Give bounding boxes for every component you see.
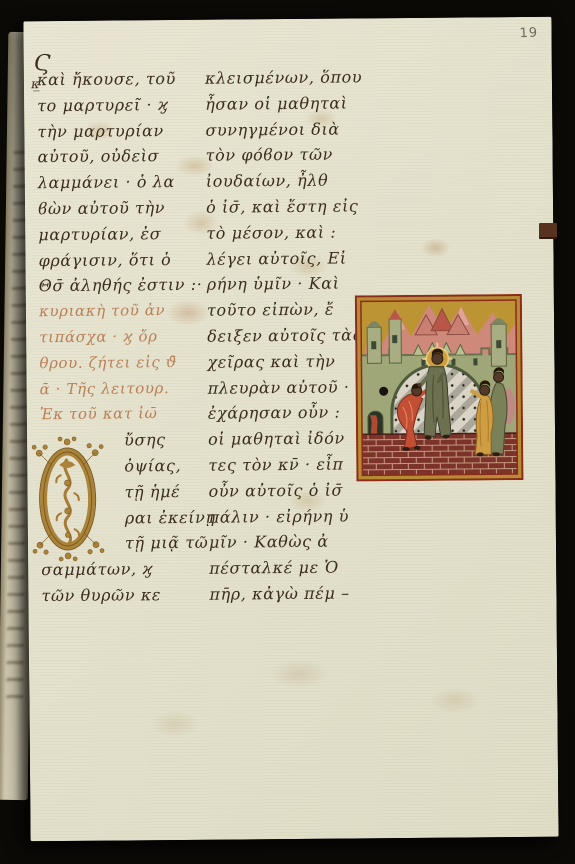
- text-line: τες τὸν κν̄ · εἶπ: [208, 451, 356, 478]
- rubric-line: θρου. ζήτει εἰς ϑ̄: [39, 349, 207, 376]
- illuminated-initial-omicron: [29, 435, 108, 564]
- text-line: πη̄ρ, κἀγὼ πέμ –: [209, 580, 357, 607]
- rubric-line: τιπάσχα · ϗ ὄρ: [39, 324, 207, 351]
- folio-number: 19: [519, 26, 538, 42]
- text-line: οἱ μαθηταὶ ἰδόν: [208, 426, 356, 453]
- miniature-christ-appearing-to-disciples: [355, 294, 524, 481]
- text-line: ρήνη ὑμῖν · Καὶ: [207, 271, 355, 298]
- text-line: συνηγμένοι διὰ: [205, 116, 353, 143]
- text-line: ὀψίας,: [124, 453, 208, 480]
- text-line: ἐχάρησαν οὖν :: [208, 400, 356, 427]
- text-line: λαμμάνει · ὁ λα: [38, 169, 206, 196]
- text-line: ραι ἐκείνῃ: [125, 504, 209, 531]
- stain: [149, 710, 199, 738]
- text-line: τῇ ἡμέ: [124, 478, 208, 505]
- text-line: καὶ ἤκουσε, τοῦ: [37, 66, 205, 93]
- text-line: ϐὼν αὐτοῦ τὴν: [38, 195, 206, 222]
- text-line: πάλιν · εἰρήνη ὑ: [209, 503, 357, 530]
- stain: [269, 659, 329, 690]
- text-line: τοῦτο εἰπὼν, ἔ: [207, 297, 355, 324]
- text-line: τὴν μαρτυρίαν: [37, 117, 205, 144]
- text-column-right: κλεισμένων, ὅπου ἦσαν οἱ μαθηταὶ συνηγμέ…: [205, 64, 358, 607]
- text-line: Θσ̄ ἀληθής ἐστιν :·: [39, 272, 207, 299]
- text-line: δειξεν αὐτοῖς τὰς: [207, 322, 355, 349]
- rubric-line: Ἐκ τοῦ κατ ἰω̄: [40, 401, 208, 428]
- rubric-line: ᾱ · Τῆς λειτουρ.: [40, 375, 208, 402]
- text-line: ἦσαν οἱ μαθηταὶ: [205, 90, 353, 117]
- text-line: αὐτοῦ, οὐδεὶσ: [38, 143, 206, 170]
- text-line: φράγισιν, ὅτι ὁ: [38, 246, 206, 273]
- stain: [420, 238, 450, 258]
- text-line: το μαρτυρεῖ · ϗ: [37, 92, 205, 119]
- rubric-line: κυριακὴ τοῦ ἀν: [39, 298, 207, 325]
- manuscript-page: 19 Ϛ κ̲ καὶ ἤκουσε, τοῦ το μαρτυρεῖ · ϗ …: [23, 17, 558, 842]
- text-line: μαρτυρίαν, ἐσ: [38, 221, 206, 248]
- text-line: τὸ μέσον, καὶ :: [206, 219, 354, 246]
- text-line: κλεισμένων, ὅπου: [205, 64, 353, 91]
- text-line: ὔσης: [124, 427, 208, 454]
- text-line: τὸν φόϐον τῶν: [206, 142, 354, 169]
- text-line: πλευρὰν αὐτοῦ ·: [208, 374, 356, 401]
- manuscript-photograph: 19 Ϛ κ̲ καὶ ἤκουσε, τοῦ το μαρτυρεῖ · ϗ …: [0, 0, 575, 864]
- text-line: τῶν θυρῶν κε: [41, 582, 209, 609]
- text-line: οὖν αὐτοῖς ὁ ἰσ̄: [208, 477, 356, 504]
- fore-edge-tab: [539, 223, 557, 239]
- text-line: ἰουδαίων, ἦλθ: [206, 168, 354, 195]
- stain: [429, 687, 479, 713]
- text-line: λέγει αὐτοῖς, Εἰ: [206, 245, 354, 272]
- text-line: ὁ ἰσ̄, καὶ ἔστη εἰς: [206, 193, 354, 220]
- text-line: τῇ μιᾷ τῶ: [125, 530, 209, 557]
- text-line: χεῖρας καὶ τὴν: [207, 348, 355, 375]
- text-line: πέσταλκέ με Ὁ: [209, 555, 357, 582]
- text-line: μῖν · Καθὼς ἀ: [209, 529, 357, 556]
